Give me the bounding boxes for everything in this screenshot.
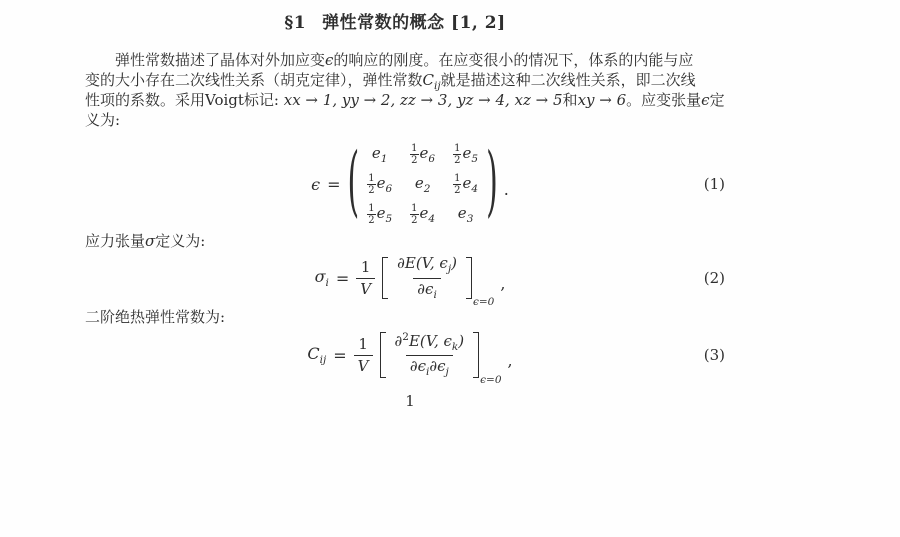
one-half-fraction: 12 [410, 203, 418, 226]
right-paren: ) [486, 141, 498, 228]
sigma-symbol: σ [145, 232, 155, 250]
paragraph-line-3: 性项的系数。采用Voigt标记: xx → 1, yy → 2, zz → 3,… [85, 90, 735, 110]
equation-number-2: (2) [704, 269, 725, 287]
evaluation-condition: ϵ=0 [480, 374, 501, 386]
section-title: §1弹性常数的概念 [1, 2] [85, 8, 705, 33]
section-title-text: 弹性常数的概念 [1, 2] [322, 13, 506, 33]
epsilon-symbol: ϵ [701, 91, 709, 109]
matrix-cell: 12e6 [367, 173, 392, 196]
equals-sign: = [327, 175, 340, 194]
matrix-cell: 12e4 [410, 203, 435, 226]
epsilon-lhs: ϵ [311, 175, 320, 194]
elastic-lead-line: 二阶绝热弹性常数为: [85, 307, 735, 327]
body-paragraph: 弹性常数描述了晶体对外加应变ϵ的响应的刚度。在应变很小的情况下，体系的内能与应 … [85, 50, 735, 130]
left-paren: ( [347, 141, 359, 228]
sigma-i-lhs: σi [315, 267, 329, 289]
equation-number-1: (1) [704, 175, 725, 193]
one-half-fraction: 12 [367, 173, 375, 196]
equals-sign: = [333, 346, 346, 365]
equation-3: Cij = 1 V ∂2E(V, ϵk) ∂ϵi∂ϵj ϵ=0 , (3) [85, 329, 735, 381]
one-over-v-fraction: 1 V [354, 335, 373, 376]
matrix-cell: 12e5 [453, 143, 478, 166]
strain-matrix: e1 12e6 12e5 12e6 e2 12e4 12e5 12e4 e3 [367, 143, 478, 226]
matrix-cell: 12e5 [367, 203, 392, 226]
one-half-fraction: 12 [453, 143, 461, 166]
left-bracket [382, 257, 388, 299]
matrix-cell: e1 [372, 144, 388, 165]
equals-sign: = [336, 269, 349, 288]
paragraph-line-2: 变的大小存在二次线性关系（胡克定律），弹性常数Cij就是描述这种二次线性关系，即… [85, 70, 735, 90]
page-number: 1 [85, 392, 735, 410]
one-half-fraction: 12 [410, 143, 418, 166]
partial-derivative-fraction: ∂E(V, ϵj) ∂ϵi [393, 254, 461, 301]
left-bracket [380, 332, 386, 378]
text-column: §1弹性常数的概念 [1, 2] 弹性常数描述了晶体对外加应变ϵ的响应的刚度。在… [85, 0, 735, 537]
matrix-cell: 12e6 [410, 143, 435, 166]
equation-1: ϵ = ( e1 12e6 12e5 12e6 e2 12e4 12e5 12e… [85, 140, 735, 228]
trailing-punctuation: . [504, 180, 509, 199]
stress-lead-line: 应力张量σ定义为: [85, 231, 735, 251]
matrix-cell: e2 [415, 174, 431, 195]
voigt-notation: xx → 1, yy → 2, zz → 3, yz → 4, xz → 5 [284, 91, 563, 109]
document-page: §1弹性常数的概念 [1, 2] 弹性常数描述了晶体对外加应变ϵ的响应的刚度。在… [0, 0, 900, 537]
one-half-fraction: 12 [453, 173, 461, 196]
paragraph-line-4: 义为: [85, 110, 735, 130]
cij-symbol: Cij [423, 71, 441, 89]
equation-number-3: (3) [704, 346, 725, 364]
right-bracket [473, 332, 479, 378]
c-ij-lhs: Cij [307, 344, 326, 366]
paragraph-line-1: 弹性常数描述了晶体对外加应变ϵ的响应的刚度。在应变很小的情况下，体系的内能与应 [85, 50, 735, 70]
equation-2: σi = 1 V ∂E(V, ϵj) ∂ϵi ϵ=0 , (2) [85, 253, 735, 303]
right-bracket [466, 257, 472, 299]
one-half-fraction: 12 [367, 203, 375, 226]
section-mark: §1 [284, 13, 306, 33]
trailing-punctuation: , [500, 274, 505, 293]
matrix-cell: 12e4 [453, 173, 478, 196]
second-partial-derivative-fraction: ∂2E(V, ϵk) ∂ϵi∂ϵj [391, 331, 469, 379]
matrix-cell: e3 [458, 204, 474, 225]
trailing-punctuation: , [508, 351, 513, 370]
one-over-v-fraction: 1 V [356, 258, 375, 299]
